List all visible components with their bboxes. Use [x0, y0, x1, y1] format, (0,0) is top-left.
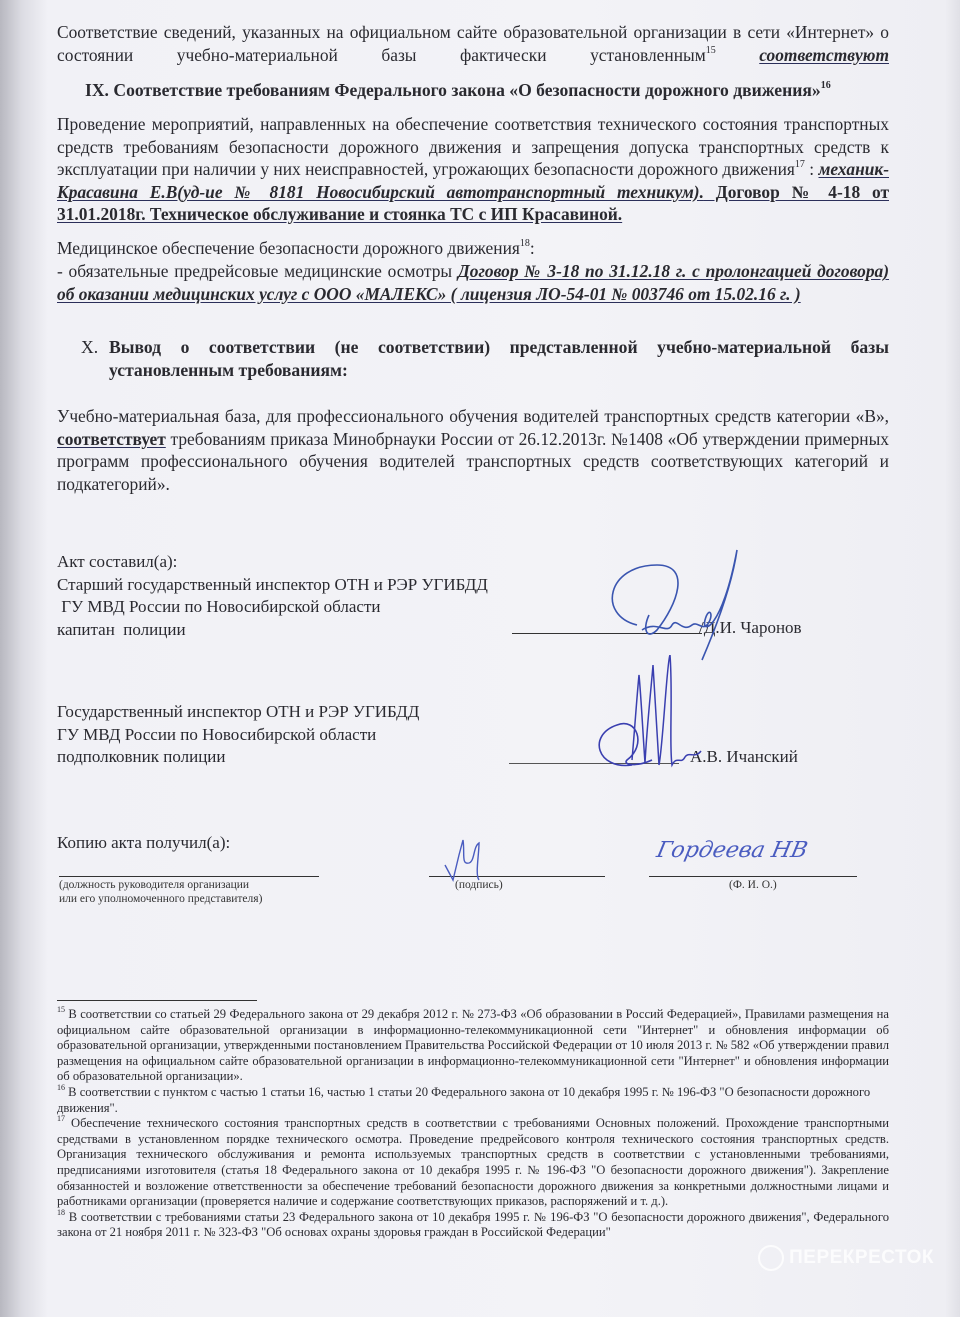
footnote-15: 15 В соответствии со статьей 29 Федераль…: [57, 1007, 889, 1085]
receiver-handwritten-name: Гордеева НВ: [654, 838, 809, 863]
caption-position: (должность руководителя организации или …: [59, 878, 262, 906]
section-9-para-text: Проведение мероприятий, направленных на …: [57, 114, 889, 179]
footnote-17-ref: 17: [57, 1114, 65, 1123]
footnote-16: 16 В соответствии с пунктом с частью 1 с…: [57, 1085, 889, 1116]
separator: :: [805, 159, 819, 179]
footnote-separator: [57, 1000, 257, 1001]
section-10-number: X.: [81, 336, 109, 382]
watermark: ПЕРЕКРЕСТОК: [758, 1245, 934, 1271]
inspector2-position-1: Государственный инспектор ОТН и РЭР УГИБ…: [57, 701, 577, 724]
section-10-title: Вывод о соответствии (не соответствии) п…: [109, 336, 889, 382]
inspector1-rank: капитан полиции: [57, 619, 577, 642]
medical-label: Медицинское обеспечение безопасности дор…: [57, 237, 889, 260]
footnote-ref-17: 17: [795, 159, 805, 170]
composed-label: Акт составил(а):: [57, 551, 577, 574]
colon: :: [530, 238, 535, 258]
receiver-position-line: [59, 876, 319, 877]
paper-edge: [946, 0, 960, 1317]
footnote-ref-18: 18: [520, 238, 530, 249]
signature-charonov: [597, 545, 777, 665]
footnote-17: 17 Обеспечение технического состояния тр…: [57, 1116, 889, 1210]
footnote-15-ref: 15: [57, 1005, 65, 1014]
inspector1-position-2: ГУ МВД России по Новосибирской области: [57, 596, 577, 619]
inspector1-position-1: Старший государственный инспектор ОТН и …: [57, 574, 577, 597]
inspector2-block: Государственный инспектор ОТН и РЭР УГИБ…: [57, 701, 577, 769]
conclusion-pre: Учебно-материальная база, для профессион…: [57, 406, 889, 426]
footnote-18-ref: 18: [57, 1208, 65, 1217]
signature-receiver: [435, 835, 495, 885]
medical-label-text: Медицинское обеспечение безопасности дор…: [57, 238, 520, 258]
footnote-16-text: В соответствии с пунктом с частью 1 стат…: [57, 1085, 870, 1115]
conclusion-post: требованиям приказа Минобрнауки России о…: [57, 429, 889, 494]
watermark-text: ПЕРЕКРЕСТОК: [789, 1247, 934, 1269]
section-10-heading: X. Вывод о соответствии (не соответствии…: [81, 336, 889, 382]
footnote-18-text: В соответствии с требованиями статьи 23 …: [57, 1210, 889, 1240]
caption-name: (Ф. И. О.): [729, 878, 777, 892]
section-9-title: Соответствие требованиям Федерального за…: [113, 80, 820, 100]
intro-paragraph: Соответствие сведений, указанных на офиц…: [57, 21, 889, 66]
footnote-18: 18 В соответствии с требованиями статьи …: [57, 1210, 889, 1241]
medical-item-label: - обязательные предрейсовые медицинские …: [57, 261, 458, 281]
inspector2-position-2: ГУ МВД России по Новосибирской области: [57, 724, 577, 747]
watermark-logo-icon: [758, 1245, 784, 1271]
footnote-15-text: В соответствии со статьей 29 Федеральног…: [57, 1007, 889, 1083]
conclusion-paragraph: Учебно-материальная база, для профессион…: [57, 405, 889, 495]
intro-value: соответствуют: [759, 45, 889, 65]
section-9-number: IX.: [85, 80, 109, 100]
receiver-name-line: [649, 876, 857, 877]
conclusion-value: соответствует: [57, 429, 166, 449]
footnote-ref-16: 16: [821, 80, 831, 91]
footnotes: 15 В соответствии со статьей 29 Федераль…: [57, 1007, 889, 1241]
section-9-heading: IX. Соответствие требованиям Федеральног…: [85, 79, 885, 102]
composed-by-block: Акт составил(а): Старший государственный…: [57, 551, 577, 641]
section-9-paragraph: Проведение мероприятий, направленных на …: [57, 113, 889, 226]
inspector2-rank: подполковник полиции: [57, 746, 577, 769]
footnote-17-text: Обеспечение технического состояния транс…: [57, 1116, 889, 1208]
signature-ichanskiy: [577, 655, 707, 795]
footnote-ref-15: 15: [706, 45, 716, 56]
footnote-16-ref: 16: [57, 1083, 65, 1092]
medical-item: - обязательные предрейсовые медицинские …: [57, 260, 889, 305]
copy-received-label: Копию акта получил(а):: [57, 832, 230, 855]
